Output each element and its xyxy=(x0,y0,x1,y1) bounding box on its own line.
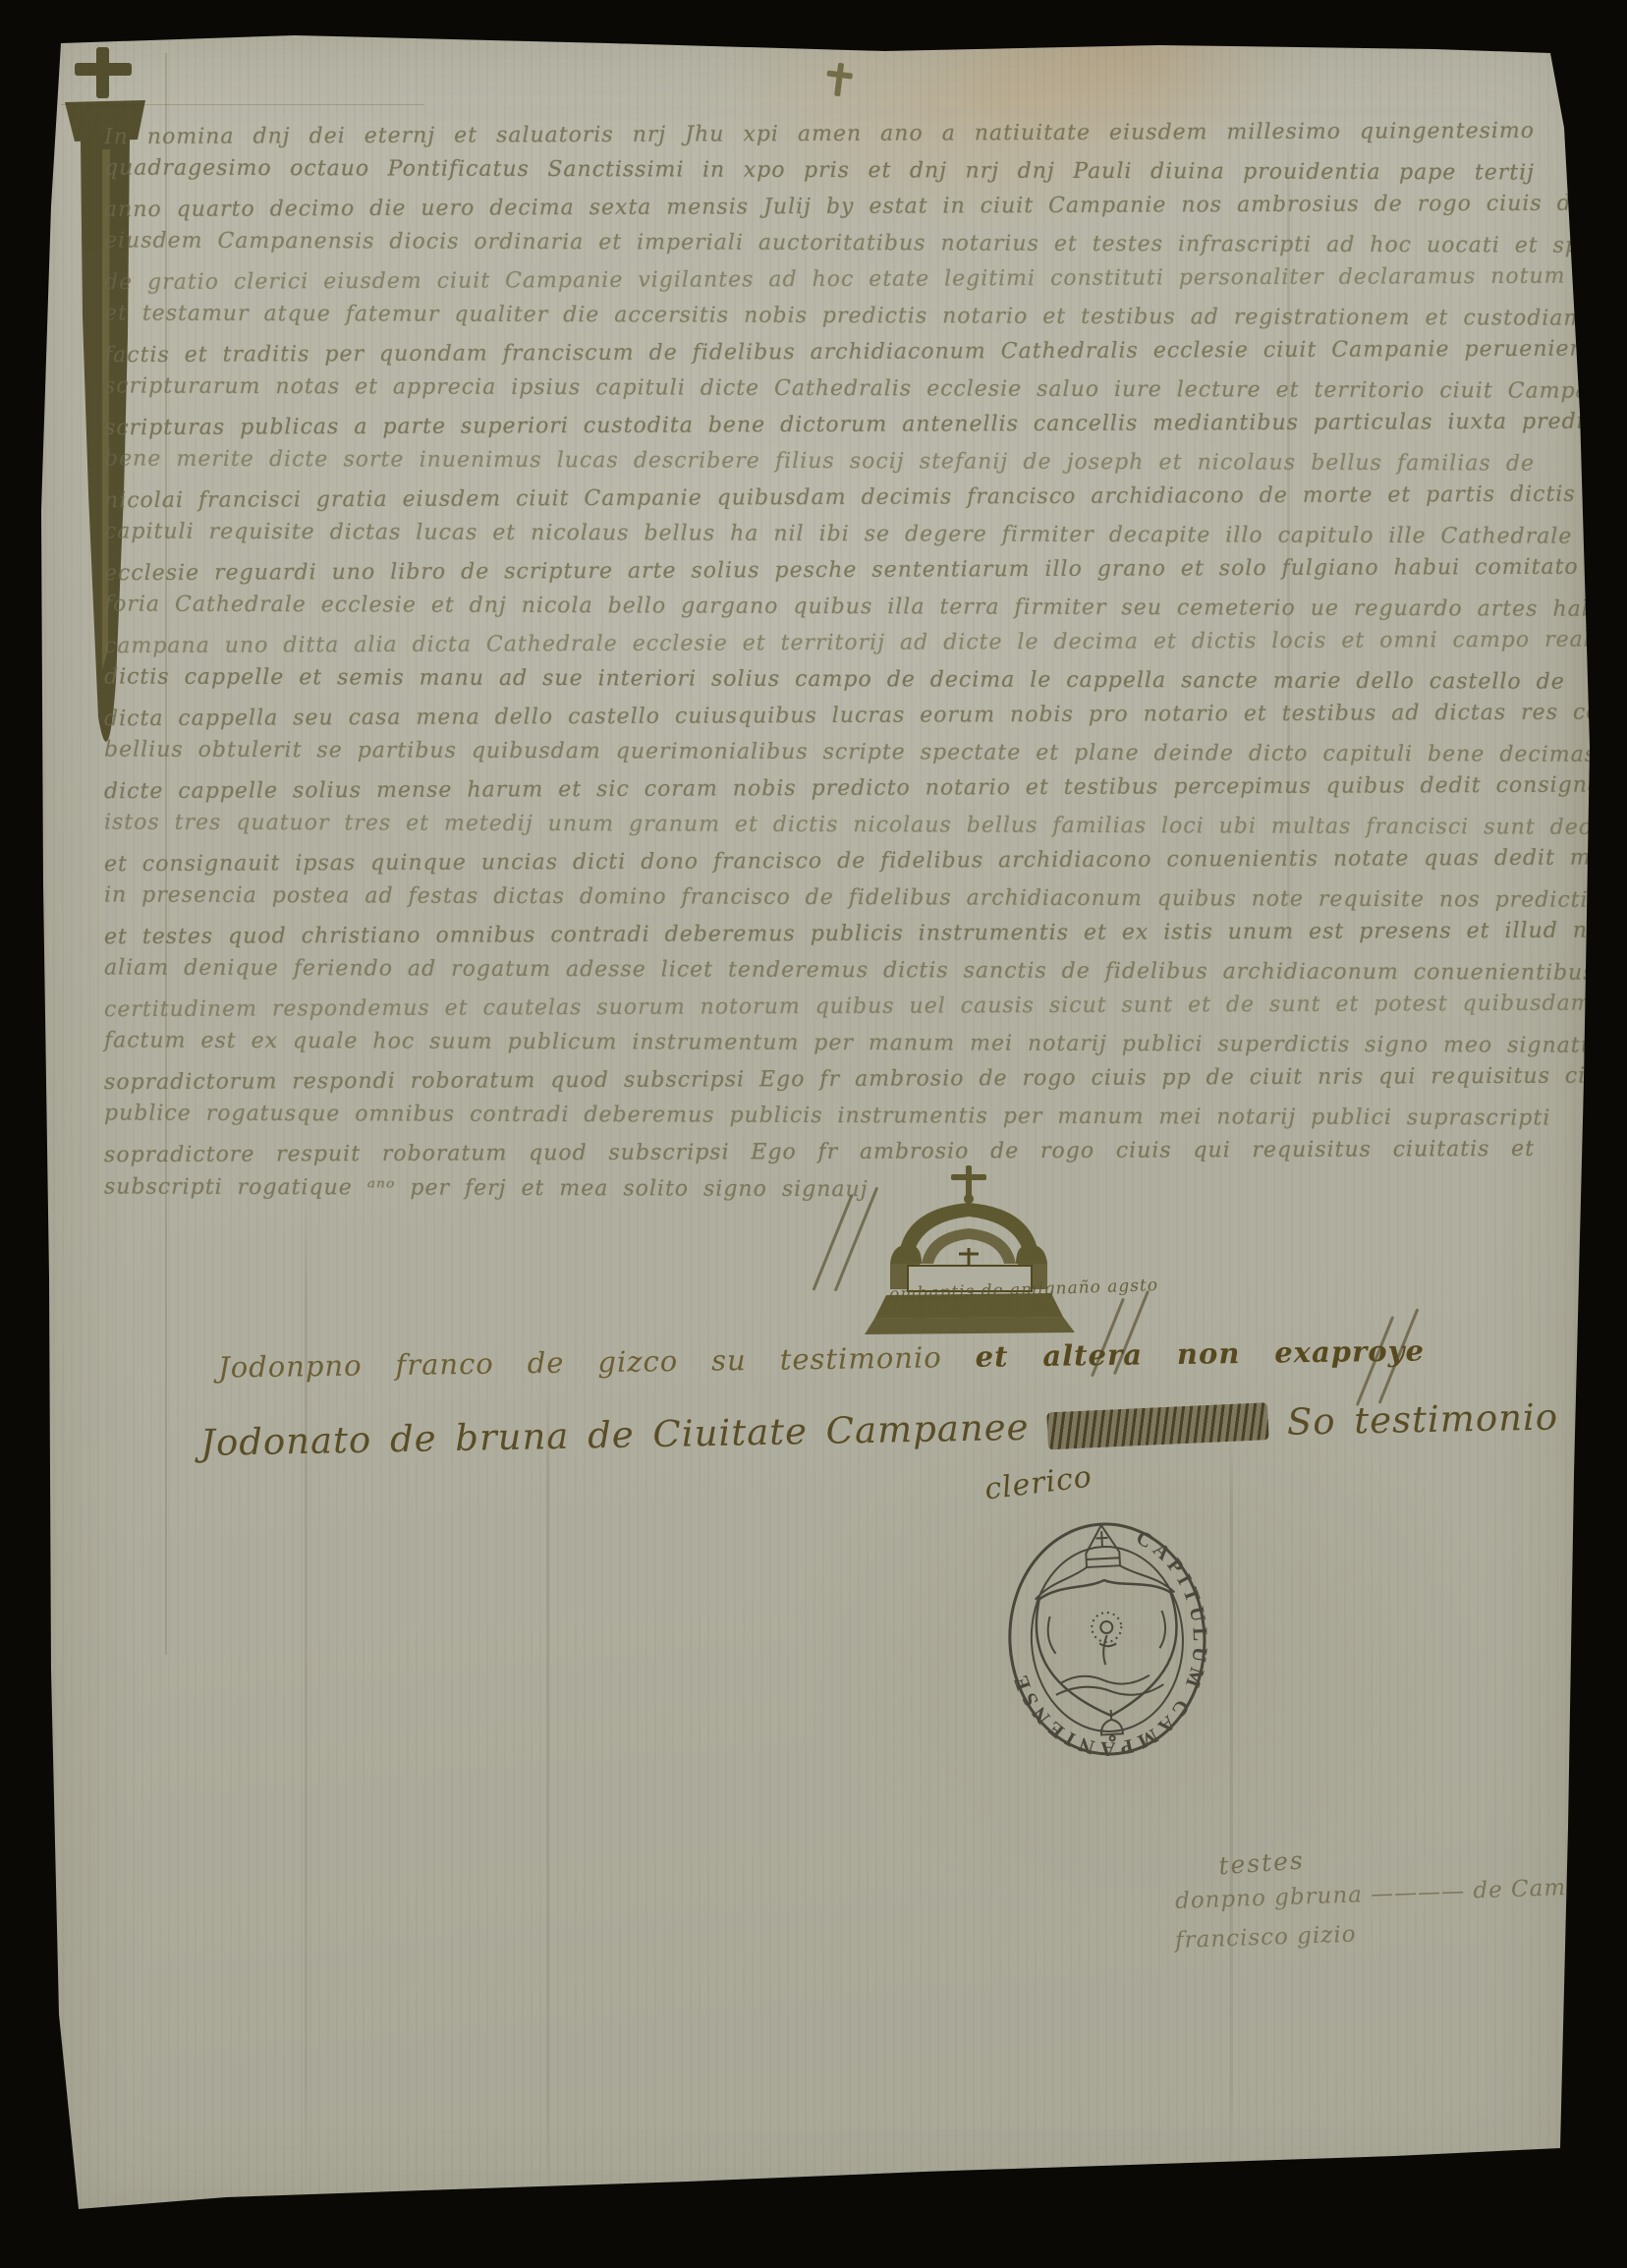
manuscript-text-block: In nomina dnj dei eternj et saluatoris n… xyxy=(104,116,1535,1207)
fold-crease xyxy=(546,1376,549,2201)
signature-2-prefix: Jodonato de bruna de Ciuitate Campanee xyxy=(200,1406,1030,1464)
manuscript-line: dicte cappelle solius mense harum et sic… xyxy=(104,767,1535,810)
manuscript-line: et consignauit ipsas quinque uncias dict… xyxy=(104,840,1535,882)
fold-crease xyxy=(305,1179,308,2201)
manuscript-line: ecclesie reguardi uno libro de scripture… xyxy=(104,549,1535,592)
manuscript-line: de gratio clerici eiusdem ciuit Campanie… xyxy=(104,258,1535,301)
manuscript-line: bene merite dicte sorte inuenimus lucas … xyxy=(104,440,1535,482)
manuscript-line: capituli requisite dictas lucas et nicol… xyxy=(104,513,1535,554)
manuscript-line: sopradictorum respondi roboratum quod su… xyxy=(104,1058,1535,1101)
manuscript-line: In nomina dnj dei eternj et saluatoris n… xyxy=(104,113,1535,155)
witness-signature-2: Jodonato de bruna de Ciuitate Campanee S… xyxy=(200,1396,1530,1464)
witness-list-heading: testes xyxy=(1217,1828,1568,1881)
chapter-seal-stamp: CAPITULUM CAMPANIENSE xyxy=(996,1512,1219,1771)
manuscript-line: in presencia postea ad festas dictas dom… xyxy=(104,877,1535,918)
manuscript-line: scripturarum notas et apprecia ipsius ca… xyxy=(104,368,1535,409)
manuscript-line: certitudinem respondemus et cautelas suo… xyxy=(104,986,1535,1028)
signature-2-suffix: So testimonio xyxy=(1287,1395,1559,1443)
witness-list: testes donpno gbruna ———— de Campa franc… xyxy=(1175,1840,1568,1947)
manuscript-line: publice rogatusque omnibus contradi debe… xyxy=(104,1095,1535,1136)
witness-name: donpno gbruna ———— de Campa xyxy=(1175,1875,1569,1914)
manuscript-line: quadragesimo octauo Pontificatus Sanctis… xyxy=(104,149,1535,191)
parchment-sheet: In nomina dnj dei eternj et saluatoris n… xyxy=(0,0,1627,2268)
manuscript-line: subscripti rogatique ᵃⁿᵒ per ferj et mea… xyxy=(104,1168,969,1208)
manuscript-line: istos tres quatuor tres et metedij unum … xyxy=(104,804,1535,845)
manuscript-line: nicolai francisci gratia eiusdem ciuit C… xyxy=(104,477,1535,519)
manuscript-line: factis et traditis per quondam franciscu… xyxy=(104,331,1535,373)
manuscript-line: bellius obtulerit se partibus quibusdam … xyxy=(104,731,1535,772)
fold-crease xyxy=(1230,1425,1233,2172)
manuscript-line: sopradictore respuit roboratum quod subs… xyxy=(104,1131,1535,1173)
manuscript-line: factum est ex quale hoc suum publicum in… xyxy=(104,1022,1535,1063)
manuscript-line: et testamur atque fatemur qualiter die a… xyxy=(104,295,1535,336)
invocation-cross-icon xyxy=(821,59,858,102)
signature-1-tail: et altera non exaproye xyxy=(975,1333,1425,1373)
witness-signature-1: Jodonpno franco de gizco su testimonio e… xyxy=(218,1333,1425,1384)
witness-name: francisco gizio xyxy=(1175,1914,1569,1954)
manuscript-line: scripturas publicas a parte superiori cu… xyxy=(104,404,1535,446)
notarial-emblem-icon xyxy=(857,1162,1083,1348)
cancelled-word-scribble xyxy=(1046,1402,1268,1449)
manuscript-line: campana uno ditta alia dicta Cathedrale … xyxy=(104,622,1535,664)
manuscript-line: et testes quod christiano omnibus contra… xyxy=(104,913,1535,955)
signature-1-body: Jodonpno franco de gizco su testimonio xyxy=(218,1340,942,1384)
inserted-correction-word: clerico xyxy=(982,1459,1094,1506)
manuscript-line: dicta cappella seu casa mena dello caste… xyxy=(104,695,1535,737)
flourish-slash xyxy=(812,1194,853,1290)
manuscript-photograph: In nomina dnj dei eternj et saluatoris n… xyxy=(0,0,1627,2268)
manuscript-line: aliam denique feriendo ad rogatum adesse… xyxy=(104,949,1535,991)
manuscript-line: foria Cathedrale ecclesie et dnj nicola … xyxy=(104,586,1535,627)
manuscript-line: anno quarto decimo die uero decima sexta… xyxy=(104,186,1535,228)
manuscript-line: dictis cappelle et semis manu ad sue int… xyxy=(104,658,1535,700)
manuscript-line: eiusdem Campanensis diocis ordinaria et … xyxy=(104,222,1535,263)
